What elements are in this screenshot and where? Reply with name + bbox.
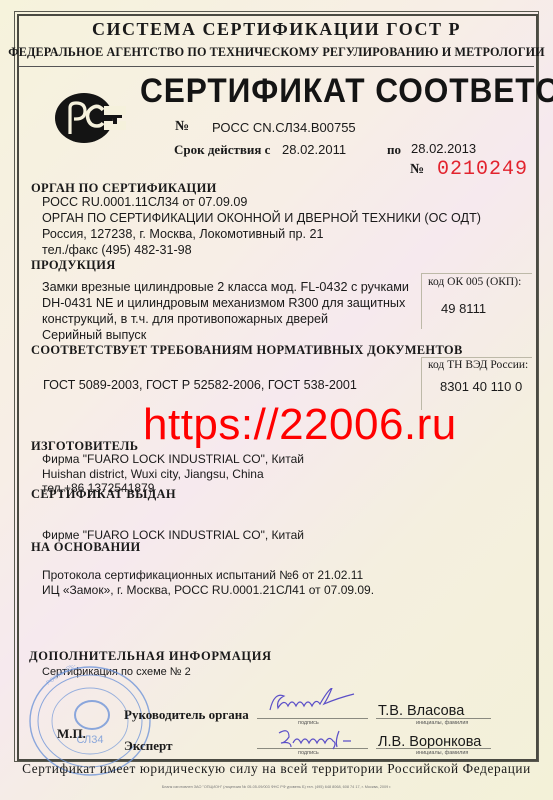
conformity-heading: СООТВЕТСТВУЕТ ТРЕБОВАНИЯМ НОРМАТИВНЫХ ДО…: [31, 343, 463, 358]
certification-body-details: РОСС RU.0001.11СЛ34 от 07.09.09 ОРГАН ПО…: [42, 194, 481, 258]
serial-number: 0210249: [437, 158, 528, 181]
valid-to-label: по: [387, 142, 401, 158]
valid-to-date: 28.02.2013: [411, 141, 476, 156]
head-signature-icon: [262, 688, 372, 716]
certification-body-line: тел./факс (495) 482-31-98: [42, 242, 481, 258]
product-line: конструкций, в т.ч. для противопожарных …: [42, 311, 409, 327]
expert-signature-icon: [275, 727, 375, 751]
head-of-body-label: Руководитель органа: [124, 707, 249, 723]
basis-line: Протокола сертификационных испытаний №6 …: [42, 568, 374, 583]
certification-body-line: РОСС RU.0001.11СЛ34 от 07.09.09: [42, 194, 481, 210]
okp-code-value: 49 8111: [441, 301, 486, 316]
expert-name-line: [376, 748, 491, 749]
header-divider: [19, 66, 534, 67]
okp-code-box: код ОК 005 (ОКП): 49 8111: [421, 273, 532, 329]
head-signature-caption: подпись: [298, 720, 319, 726]
additional-info-heading: ДОПОЛНИТЕЛЬНАЯ ИНФОРМАЦИЯ: [29, 649, 272, 664]
tnved-code-label: код ТН ВЭД России:: [428, 359, 528, 371]
certification-system-heading: СИСТЕМА СЕРТИФИКАЦИИ ГОСТ Р: [0, 19, 553, 40]
product-heading: ПРОДУКЦИЯ: [31, 258, 116, 273]
rst-gost-logo-icon: [54, 88, 126, 148]
certification-body-line: Россия, 127238, г. Москва, Локомотивный …: [42, 226, 481, 242]
printer-imprint: Бланк изготовлен ЗАО "ОПЦИОН" (лицензия …: [0, 785, 553, 789]
issued-to-heading: СЕРТИФИКАТ ВЫДАН: [31, 487, 176, 502]
basis-line: ИЦ «Замок», г. Москва, РОСС RU.0001.21СЛ…: [42, 583, 374, 598]
manufacturer-line: Фирма "FUARO LOCK INDUSTRIAL CO", Китай: [42, 452, 304, 467]
product-line: DH-0431 NE и цилиндровым механизмом R300…: [42, 295, 409, 311]
manufacturer-line: Huishan district, Wuxi city, Jiangsu, Ch…: [42, 467, 304, 482]
stamp-place-label: М.П.: [57, 726, 86, 742]
head-signature-line: [257, 718, 368, 719]
valid-from-date: 28.02.2011: [282, 142, 346, 157]
product-line: Замки врезные цилиндровые 2 класса мод. …: [42, 279, 409, 295]
basis-details: Протокола сертификационных испытаний №6 …: [42, 568, 374, 598]
head-name: Т.В. Власова: [378, 703, 464, 719]
certificate-number-label: №: [175, 119, 189, 135]
document-title: СЕРТИФИКАТ СООТВЕТСТВИЯ: [140, 72, 553, 111]
okp-code-label: код ОК 005 (ОКП):: [428, 276, 521, 288]
product-line: Серийный выпуск: [42, 327, 409, 343]
certification-body-line: ОРГАН ПО СЕРТИФИКАЦИИ ОКОННОЙ И ДВЕРНОЙ …: [42, 210, 481, 226]
product-description: Замки врезные цилиндровые 2 класса мод. …: [42, 279, 409, 343]
watermark-url: https://22006.ru: [143, 400, 457, 450]
head-name-caption: инициалы, фамилия: [416, 720, 468, 726]
validity-label: Срок действия с: [174, 142, 270, 158]
standards-list: ГОСТ 5089-2003, ГОСТ Р 52582-2006, ГОСТ …: [43, 377, 357, 393]
tnved-code-value: 8301 40 110 0: [440, 379, 522, 394]
head-name-line: [376, 718, 491, 719]
serial-number-label: №: [410, 162, 424, 178]
expert-name-caption: инициалы, фамилия: [416, 750, 468, 756]
certificate-number: РОСС CN.СЛ34.B00755: [212, 120, 356, 135]
legal-validity-statement: Сертификат имеет юридическую силу на все…: [0, 761, 553, 777]
expert-label: Эксперт: [124, 738, 172, 754]
basis-heading: НА ОСНОВАНИИ: [31, 540, 141, 555]
federal-agency-heading: ФЕДЕРАЛЬНОЕ АГЕНТСТВО ПО ТЕХНИЧЕСКОМУ РЕ…: [0, 45, 553, 60]
